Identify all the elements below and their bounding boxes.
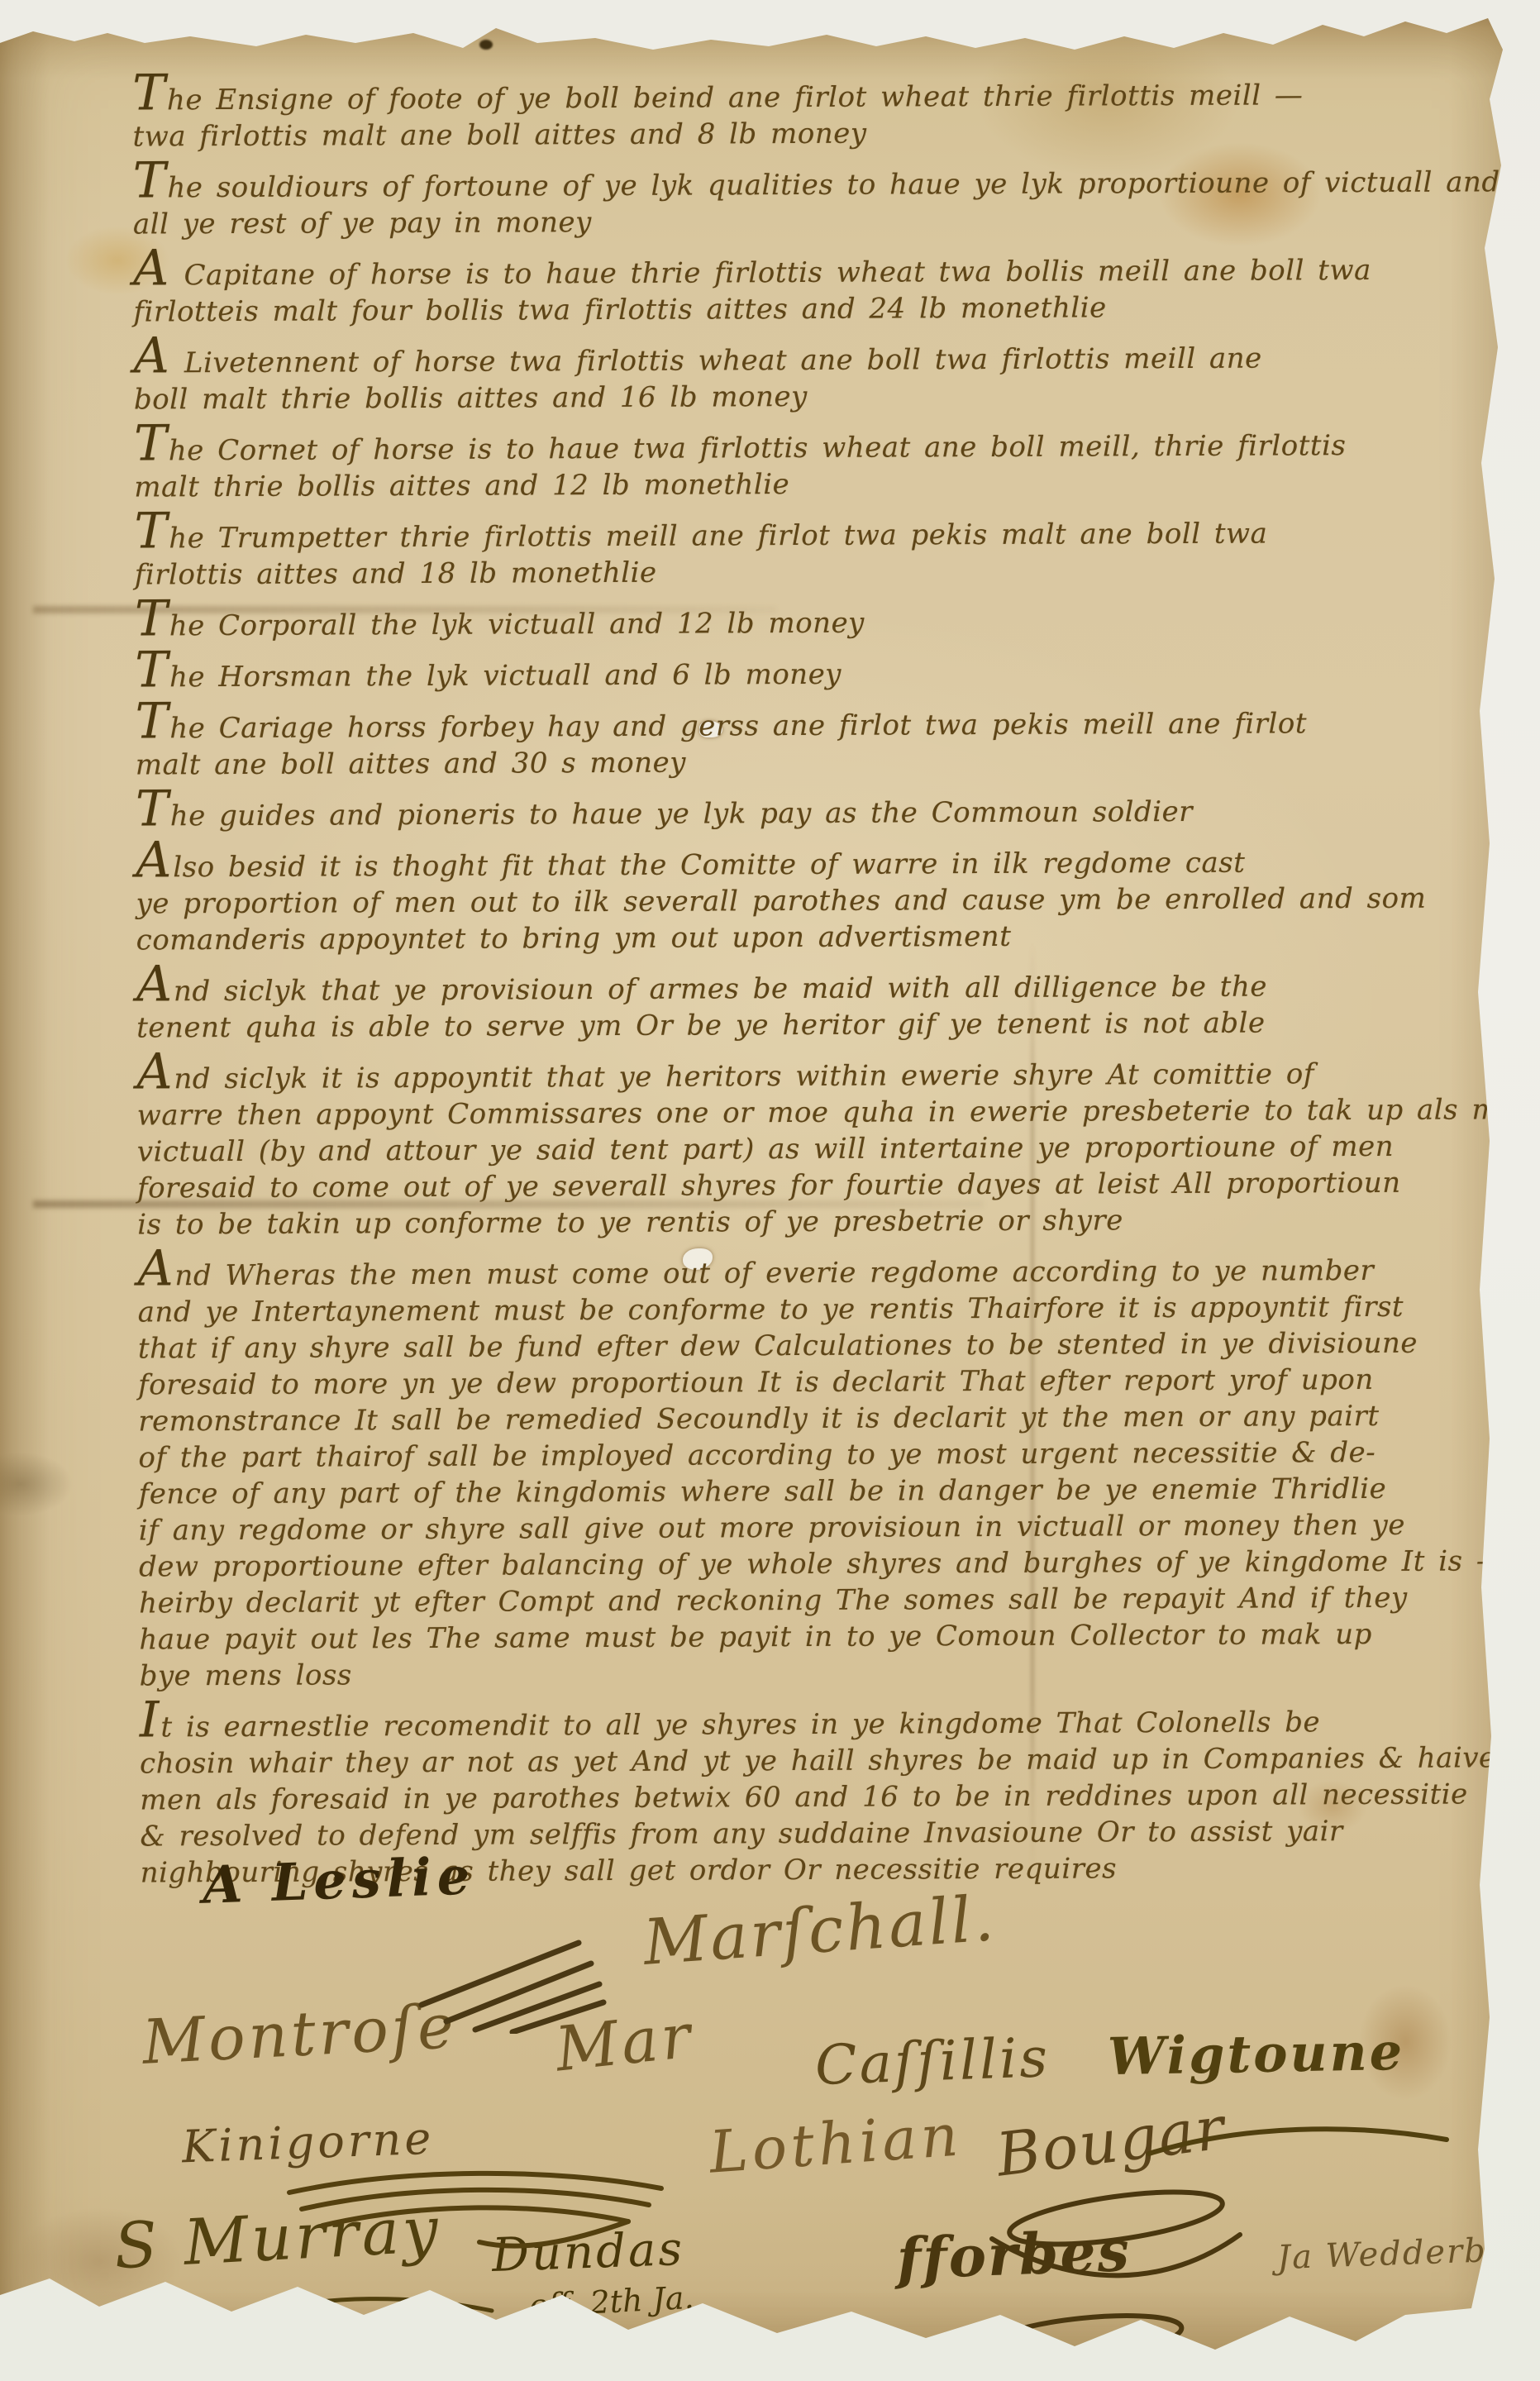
manuscript-line: foresaid to more yn ye dew proportioun I…: [138, 1362, 1461, 1404]
manuscript-line: And siclyk that ye provisioun of armes b…: [136, 961, 1459, 1010]
signature-kinghorne: Kinigorne: [181, 2112, 435, 2173]
manuscript-line: twa firlottis malt ane boll aittes and 8…: [132, 113, 1455, 155]
manuscript-paragraph: The guides and pioneris to haue ye lyk p…: [136, 786, 1458, 835]
manuscript-line: A Capitane of horse is to haue thrie fir…: [133, 246, 1456, 294]
signature-murray: S Murray: [112, 2193, 443, 2283]
manuscript-line: remonstrance It sall be remedied Secound…: [138, 1398, 1461, 1440]
manuscript-line: boll malt thrie bollis aittes and 16 lb …: [134, 376, 1457, 418]
manuscript-line: victuall (by and attour ye said tent par…: [137, 1128, 1460, 1171]
manuscript-line: dew proportioune efter balancing of ye w…: [139, 1544, 1461, 1586]
manuscript-line: The Ensigne of foote of ye boll beind an…: [132, 70, 1455, 119]
manuscript-line: The Corporall the lyk victuall and 12 lb…: [135, 596, 1457, 645]
manuscript-line: foresaid to come out of ye severall shyr…: [137, 1165, 1460, 1207]
manuscript-line: The Trumpetter thrie firlottis meill ane…: [135, 508, 1457, 557]
manuscript-line: bye mens loss: [140, 1653, 1462, 1695]
signature-dundas: Dundas: [491, 2222, 685, 2283]
manuscript-paragraph: A Capitane of horse is to haue thrie fir…: [133, 246, 1456, 331]
fforbes-flourish-icon: [967, 2189, 1265, 2363]
manuscript-paper: The Ensigne of foote of ye boll beind an…: [0, 0, 1540, 2381]
signature-montrose: Montroſe: [141, 1991, 459, 2078]
kinghorne-flourish-icon: [273, 2159, 686, 2259]
signature-bougar: Bougar: [993, 2092, 1229, 2189]
manuscript-line: and ye Intertaynement must be conforme t…: [138, 1289, 1461, 1331]
manuscript-line: firlotteis malt four bollis twa firlotti…: [133, 289, 1456, 331]
fold-crease-vertical: [1031, 942, 1034, 1877]
manuscript-paragraph: It is earnestlie recomendit to all ye sh…: [140, 1697, 1463, 1892]
signature-wedderburn: Ja Wedderburne: [1276, 2229, 1540, 2277]
signature-mar: Mar: [552, 2000, 697, 2085]
manuscript-line: malt ane boll aittes and 30 s money: [136, 742, 1458, 784]
manuscript-line: malt thrie bollis aittes and 12 lb monet…: [134, 464, 1457, 506]
signature-dundas-note: eff. 2th Ja.: [528, 2279, 695, 2324]
ink-speck: [479, 40, 493, 50]
manuscript-line: The Horsman the lyk victuall and 6 lb mo…: [135, 647, 1457, 696]
manuscript-line: It is earnestlie recomendit to all ye sh…: [140, 1697, 1462, 1746]
manuscript-line: tenent quha is able to serve ym Or be ye…: [136, 1004, 1459, 1047]
manuscript-line: & resolved to defend ym selffis from any…: [140, 1812, 1462, 1854]
paper-hole: [699, 721, 722, 737]
wigtoun-flourish-icon: [1141, 2116, 1455, 2166]
manuscript-paragraph: The Cariage horss forbey hay and gerss a…: [136, 699, 1458, 784]
signature-fforbes: fforbes: [896, 2218, 1132, 2293]
signature-lothian: Lothian: [708, 2101, 965, 2186]
manuscript-line: ye proportion of men out to ilk severall…: [136, 880, 1458, 923]
manuscript-paragraph: And Wheras the men must come out of ever…: [137, 1246, 1461, 1695]
manuscript-line: that if any shyre sall be fund efter dew…: [138, 1325, 1461, 1367]
manuscript-line: warre then appoynt Commissares one or mo…: [137, 1092, 1460, 1134]
murray-flourish-icon: [248, 2290, 496, 2331]
manuscript-line: nighbouring shyres as they sall get ordo…: [141, 1849, 1463, 1891]
manuscript-line: of the part thairof sall be imployed acc…: [138, 1434, 1461, 1477]
manuscript-line: chosin whair they ar not as yet And yt y…: [140, 1740, 1462, 1782]
manuscript-scan: The Ensigne of foote of ye boll beind an…: [0, 0, 1540, 2381]
signature-cassillis: Caſſillis: [814, 2026, 1051, 2097]
manuscript-paragraph: The souldiours of fortoune of ye lyk qua…: [133, 158, 1456, 243]
signature-wigtoun: Wigtoune: [1107, 2021, 1404, 2087]
manuscript-paragraph: The Ensigne of foote of ye boll beind an…: [132, 70, 1455, 155]
manuscript-paragraph: The Corporall the lyk victuall and 12 lb…: [135, 596, 1457, 645]
manuscript-line: The Cornet of horse is to haue twa firlo…: [134, 421, 1457, 470]
manuscript-line: The guides and pioneris to haue ye lyk p…: [136, 786, 1458, 835]
manuscript-paragraph: A Livetennent of horse twa firlottis whe…: [134, 333, 1457, 418]
manuscript-line: haue payit out les The same must be payi…: [139, 1616, 1461, 1658]
manuscript-line: men als foresaid in ye parothes betwix 6…: [140, 1777, 1462, 1819]
manuscript-paragraph: The Trumpetter thrie firlottis meill ane…: [135, 508, 1457, 594]
manuscript-line: The souldiours of fortoune of ye lyk qua…: [133, 158, 1456, 207]
manuscript-line: And siclyk it is appoyntit that ye herit…: [136, 1049, 1459, 1098]
manuscript-paragraph: Also besid it is thoght fit that the Com…: [136, 837, 1459, 959]
signature-marischall: Marſchall.: [641, 1881, 998, 1979]
manuscript-line: Also besid it is thoght fit that the Com…: [136, 837, 1458, 886]
manuscript-line: And Wheras the men must come out of ever…: [137, 1246, 1460, 1295]
paper-hole: [683, 1248, 713, 1270]
manuscript-line: comanderis appoyntet to bring ym out upo…: [136, 917, 1459, 959]
manuscript-line: all ye rest of ye pay in money: [133, 201, 1456, 243]
fold-crease: [33, 606, 777, 613]
manuscript-paragraph: The Horsman the lyk victuall and 6 lb mo…: [135, 647, 1457, 696]
manuscript-paragraph: The Cornet of horse is to haue twa firlo…: [134, 421, 1457, 506]
signature-leslie: A Leslie: [202, 1845, 477, 1915]
manuscript-line: is to be takin up conforme to ye rentis …: [137, 1201, 1460, 1243]
manuscript-line: firlottis aittes and 18 lb monethlie: [135, 551, 1457, 594]
fold-crease: [33, 1200, 984, 1208]
leslie-flourish-icon: [413, 1926, 620, 2034]
manuscript-line: heirby declarit yt efter Compt and recko…: [139, 1580, 1461, 1622]
manuscript-line: fence of any part of the kingdomis where…: [139, 1471, 1461, 1513]
manuscript-paragraph: And siclyk it is appoyntit that ye herit…: [136, 1049, 1460, 1243]
manuscript-line: The Cariage horss forbey hay and gerss a…: [136, 699, 1458, 747]
manuscript-text: The Ensigne of foote of ye boll beind an…: [132, 70, 1463, 1900]
manuscript-line: if any regdome or shyre sall give out mo…: [139, 1507, 1461, 1549]
manuscript-line: A Livetennent of horse twa firlottis whe…: [134, 333, 1457, 382]
manuscript-paragraph: And siclyk that ye provisioun of armes b…: [136, 961, 1459, 1047]
